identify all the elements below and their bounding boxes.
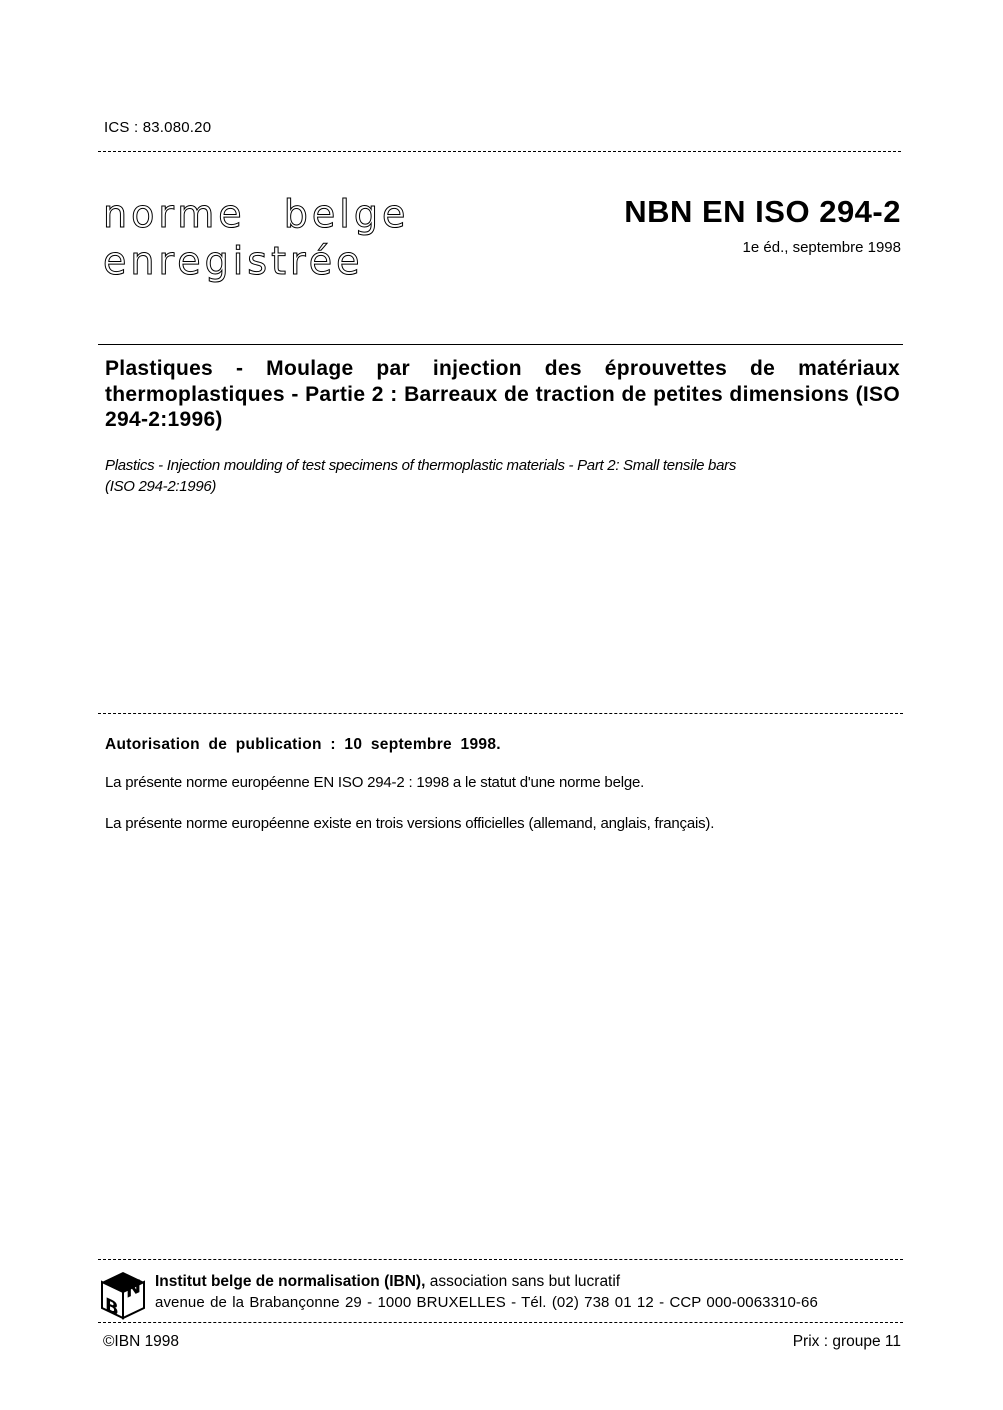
french-title: Plastiques - Moulage par injection des é…	[105, 356, 900, 433]
enregistree-label: enregistrée	[103, 242, 364, 280]
institute-description: association sans but lucratif	[425, 1273, 620, 1290]
standard-number: NBN EN ISO 294-2	[624, 194, 901, 230]
publication-divider	[98, 713, 903, 714]
publication-authorization: Autorisation de publication : 10 septemb…	[105, 736, 501, 754]
ics-code: ICS : 83.080.20	[104, 119, 211, 136]
versions-paragraph: La présente norme européenne existe en t…	[105, 815, 714, 832]
price-group: Prix : groupe 11	[793, 1333, 901, 1351]
status-paragraph: La présente norme européenne EN ISO 294-…	[105, 774, 644, 791]
ibn-cube-logo-icon: B N	[99, 1270, 147, 1320]
title-divider	[98, 344, 903, 345]
english-title-line2: (ISO 294-2:1996)	[105, 476, 736, 497]
institute-name: Institut belge de normalisation (IBN),	[155, 1273, 425, 1290]
english-title-line1: Plastics - Injection moulding of test sp…	[105, 455, 736, 476]
copyright: ©IBN 1998	[103, 1333, 179, 1351]
institute-line: Institut belge de normalisation (IBN), a…	[155, 1273, 620, 1291]
footer-top-divider	[98, 1259, 903, 1260]
footer-bottom-divider	[98, 1322, 903, 1323]
edition-date: 1e éd., septembre 1998	[743, 239, 901, 256]
english-title: Plastics - Injection moulding of test sp…	[105, 455, 736, 497]
institute-address: avenue de la Brabançonne 29 - 1000 BRUXE…	[155, 1294, 818, 1311]
top-divider	[98, 151, 901, 152]
norme-belge-label: norme belge	[103, 195, 409, 233]
